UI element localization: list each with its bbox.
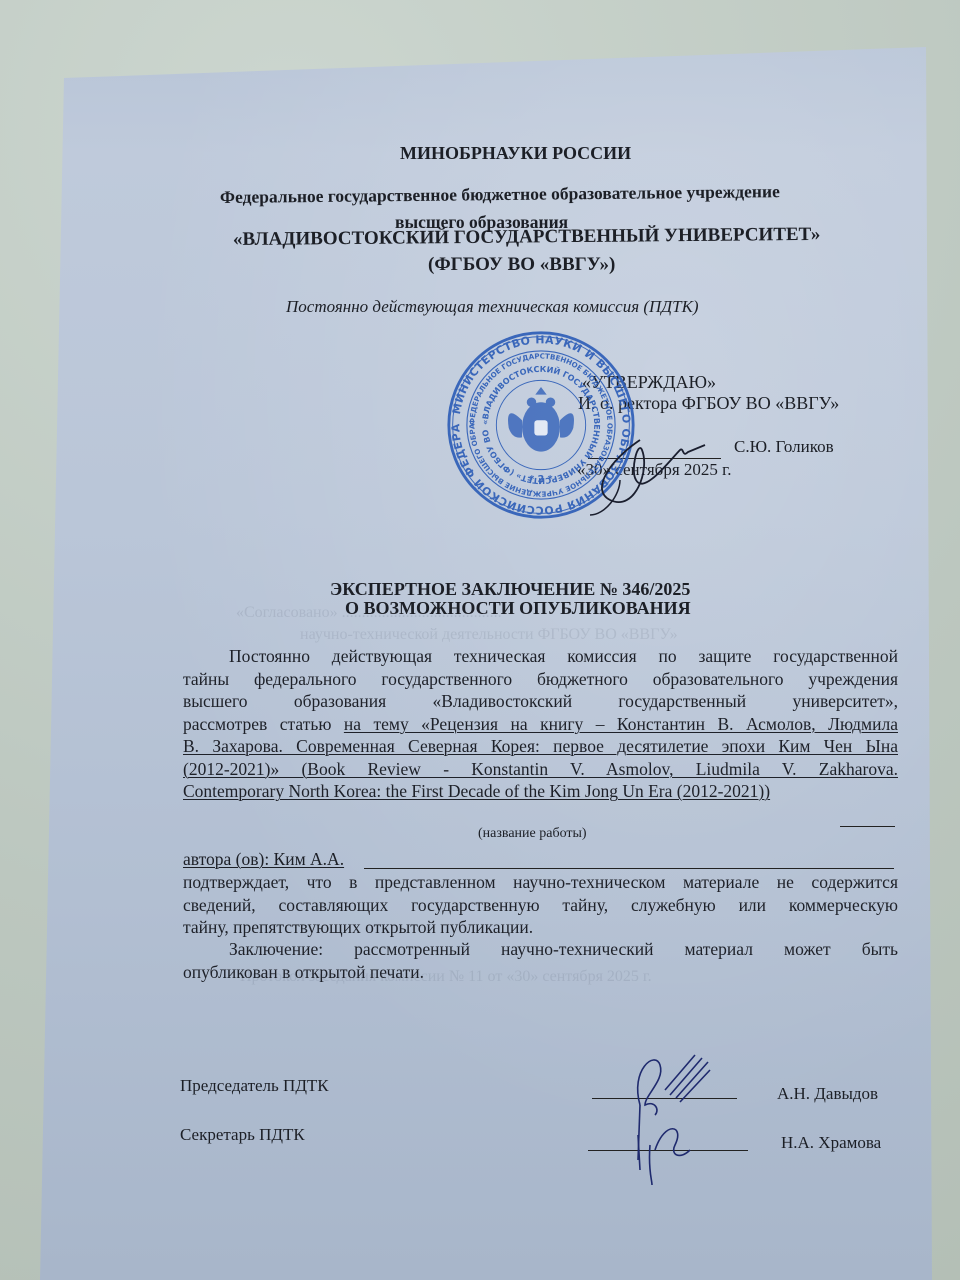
paragraph-confirmation: подтверждает, что в представленном научн… [183, 871, 898, 939]
paragraph-line: Постоянно действующая техническая комисс… [183, 645, 898, 668]
secretary-role: Секретарь ПДТК [180, 1125, 305, 1145]
paragraph-line: Заключение: рассмотренный научно-техниче… [183, 938, 898, 961]
work-title-line: В. Захарова. Современная Северная Корея:… [183, 735, 898, 758]
svg-text:* 2 *: * 2 * [529, 474, 552, 485]
review-lead-in: рассмотрев статью [183, 714, 344, 734]
title-underline-tail [840, 826, 895, 827]
rector-signature-icon [580, 420, 720, 520]
conclusion-subtitle: О ВОЗМОЖНОСТИ ОПУБЛИКОВАНИЯ [345, 598, 691, 619]
paragraph-line: тайны федерального государственного бюдж… [183, 668, 898, 691]
work-title-line: (2012-2021)» (Book Review - Konstantin V… [183, 758, 898, 781]
paragraph-line: рассмотрев статью на тему «Рецензия на к… [183, 713, 898, 736]
commission-name: Постоянно действующая техническая комисс… [286, 297, 699, 317]
paragraph-line: опубликован в открытой печати. [183, 961, 898, 984]
work-title-line: Contemporary North Korea: the First Deca… [183, 780, 898, 803]
paragraph-line: сведений, составляющих государственную т… [183, 894, 898, 917]
paragraph-line: тайну, препятствующих открытой публикаци… [183, 916, 898, 939]
author-underline [364, 868, 894, 869]
ministry-heading: МИНОБРНАУКИ РОССИИ [400, 143, 631, 164]
university-abbreviation: (ФГБОУ ВО «ВВГУ») [428, 254, 615, 276]
paragraph-line: высшего образования «Владивостокский гос… [183, 690, 898, 713]
handwritten-signatures-icon [610, 1050, 730, 1185]
work-title-start: на тему «Рецензия на книгу – Константин … [344, 714, 898, 734]
paragraph-commission-review: Постоянно действующая техническая комисс… [183, 645, 898, 803]
chair-role: Председатель ПДТК [180, 1076, 329, 1096]
secretary-name: Н.А. Храмова [781, 1133, 881, 1153]
conclusion-title: ЭКСПЕРТНОЕ ЗАКЛЮЧЕНИЕ № 346/2025 [330, 579, 690, 600]
chair-name: А.Н. Давыдов [777, 1084, 878, 1104]
bleed-through-text: научно-технической деятельности ФГБОУ ВО… [300, 626, 678, 644]
paragraph-line: подтверждает, что в представленном научн… [183, 871, 898, 894]
approver-name: С.Ю. Голиков [734, 437, 834, 457]
author-field: автора (ов): Ким А.А. [183, 849, 344, 870]
work-title-caption: (название работы) [478, 826, 587, 842]
author-value: автора (ов): Ким А.А. [183, 849, 344, 869]
paragraph-conclusion: Заключение: рассмотренный научно-техниче… [183, 938, 898, 983]
